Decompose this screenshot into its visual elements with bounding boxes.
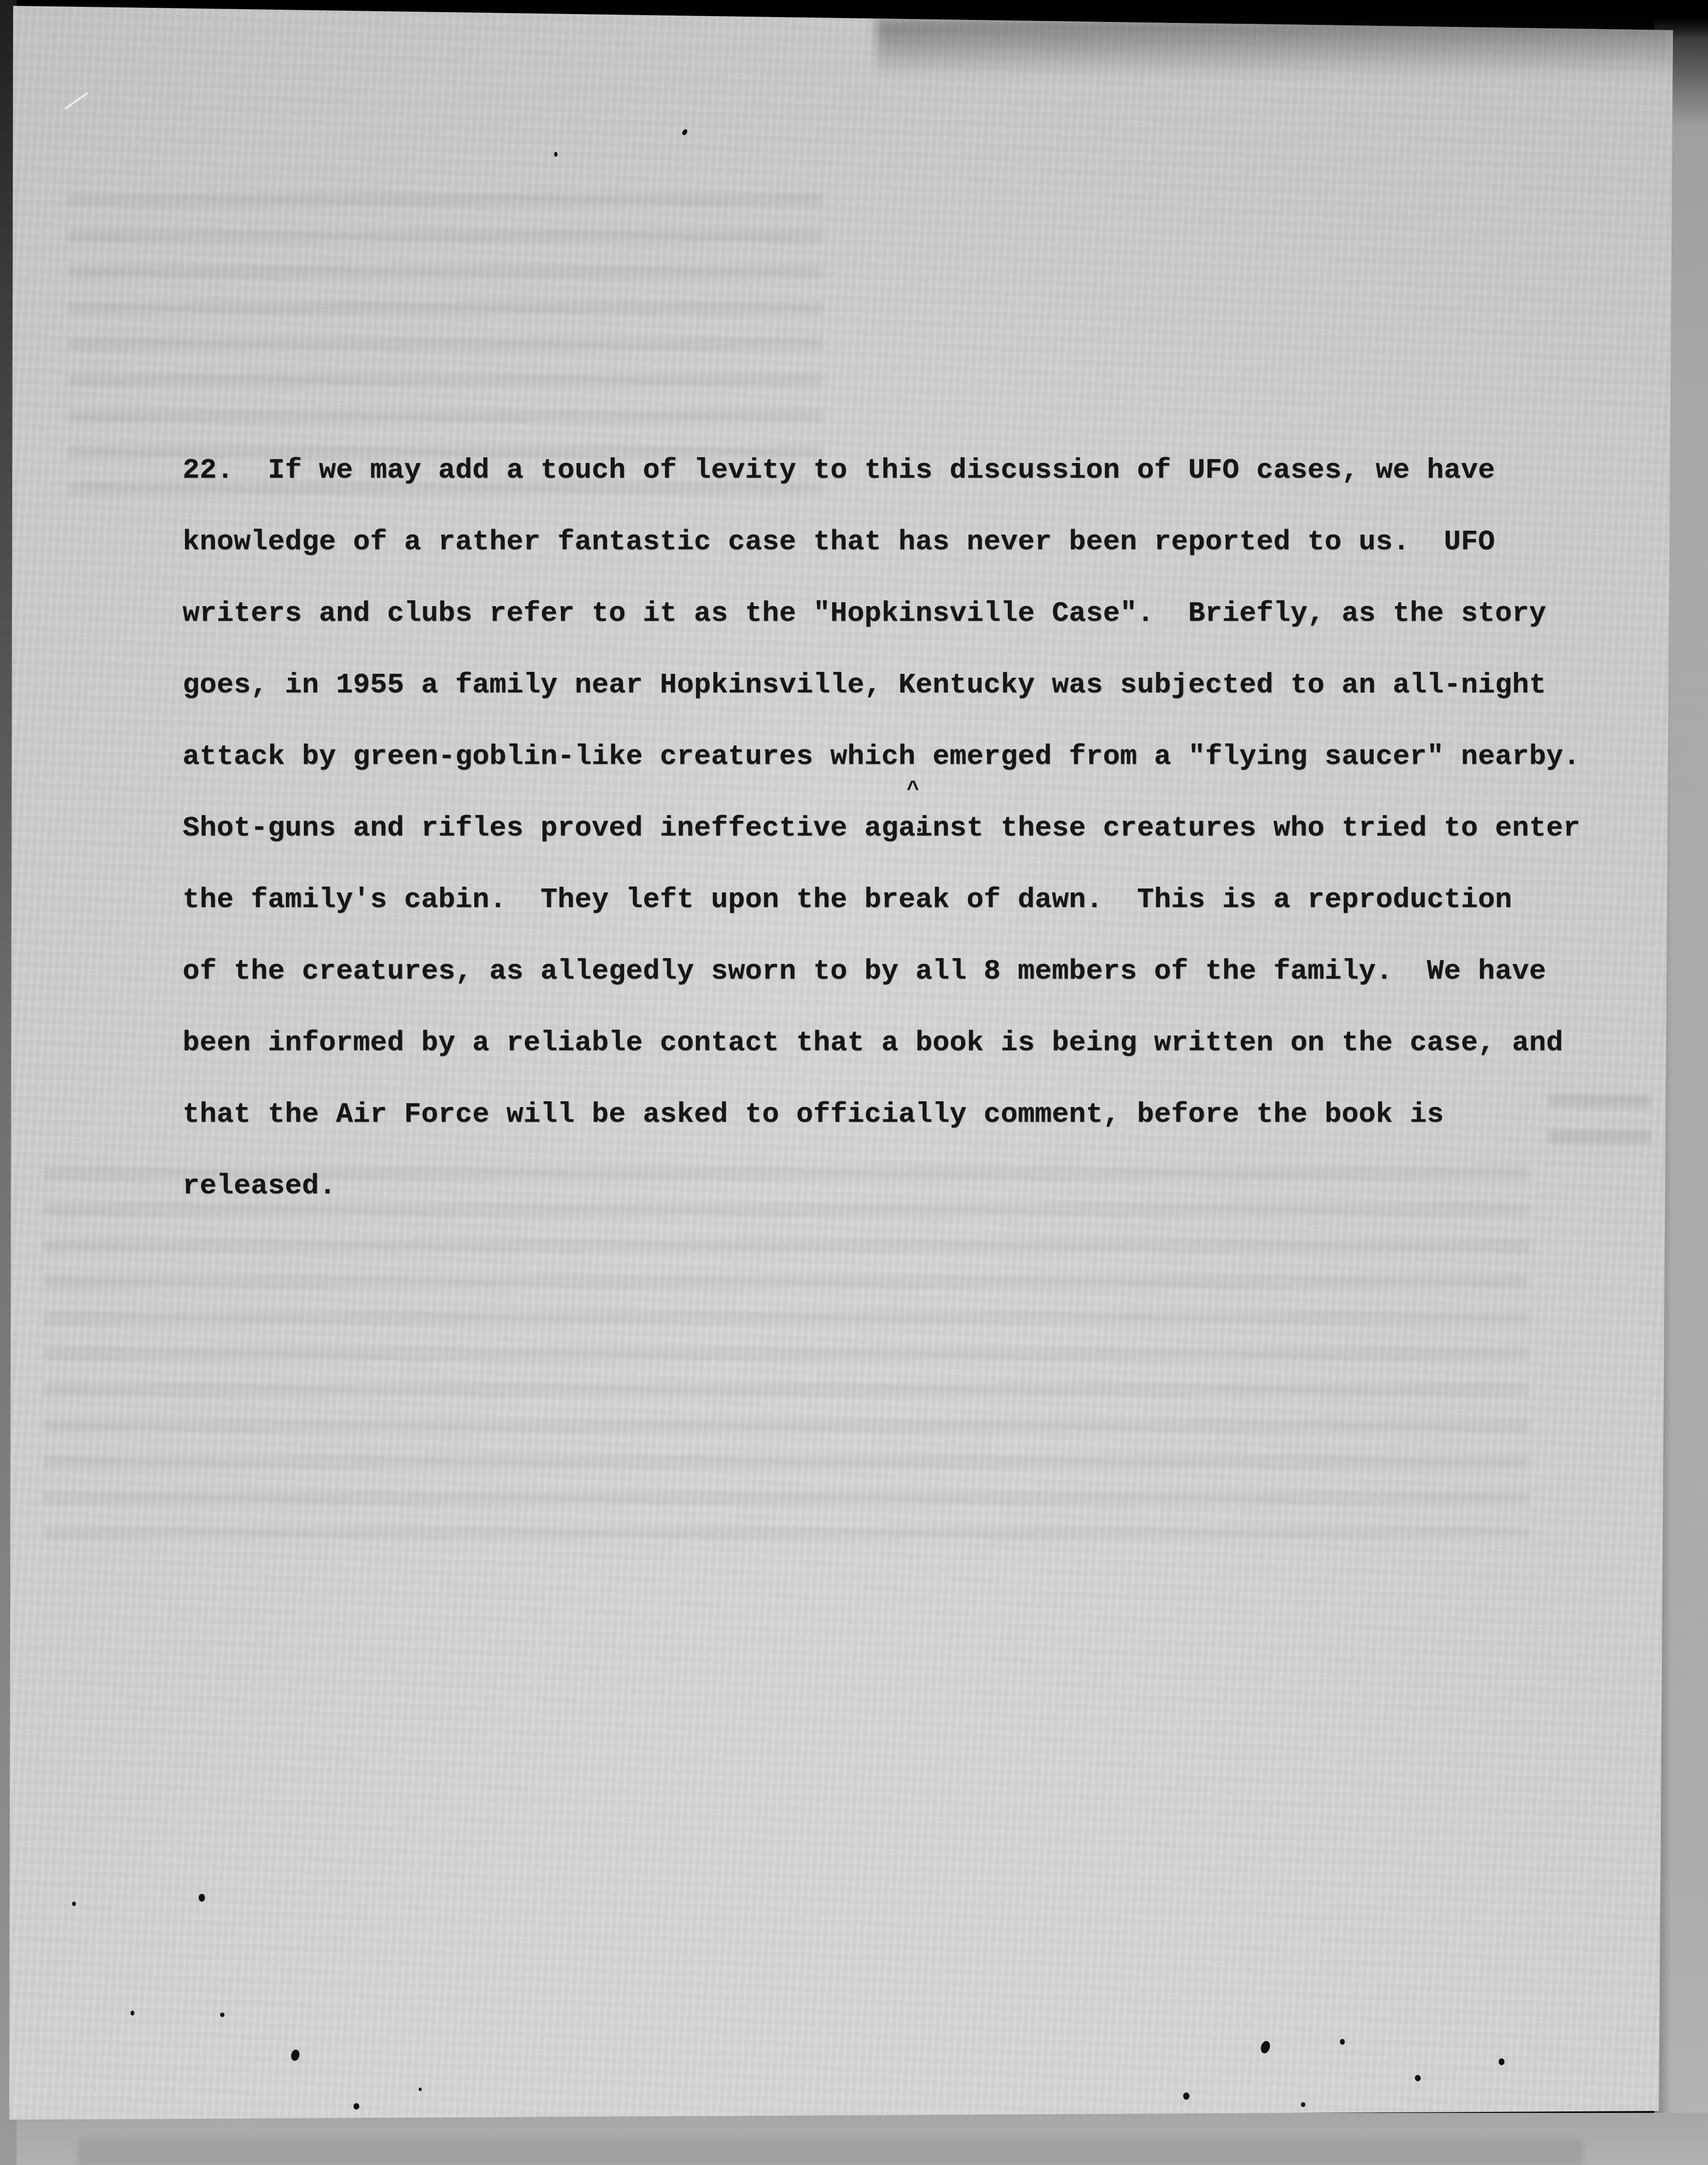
ink-speck bbox=[917, 828, 921, 832]
typed-line: Shot-guns and rifles proved ineffective … bbox=[183, 793, 1624, 864]
typed-line: 22. If we may add a touch of levity to t… bbox=[183, 435, 1624, 506]
typed-line: knowledge of a rather fantastic case tha… bbox=[183, 506, 1624, 578]
ink-speck bbox=[72, 1902, 76, 1906]
ink-speck bbox=[220, 2013, 224, 2017]
ink-speck bbox=[554, 152, 557, 157]
ink-speck bbox=[1301, 2102, 1305, 2107]
paper-sheet: 22. If we may add a touch of levity to t… bbox=[0, 0, 1708, 2165]
typed-line: released. bbox=[183, 1150, 1624, 1222]
ink-speck bbox=[1340, 2039, 1345, 2045]
typed-line: goes, in 1955 a family near Hopkinsville… bbox=[183, 649, 1624, 721]
typed-line: attack by green-goblin-like creatures wh… bbox=[183, 721, 1624, 793]
scanner-backing-bottom-inner-shadow bbox=[78, 2138, 1582, 2165]
insertion-caret-mark: ^ bbox=[907, 778, 919, 802]
typed-line: of the creatures, as allegedly sworn to … bbox=[183, 936, 1624, 1007]
typed-line: that the Air Force will be asked to offi… bbox=[183, 1079, 1624, 1150]
ink-speck bbox=[353, 2103, 359, 2109]
ink-speck bbox=[419, 2088, 422, 2091]
ink-speck bbox=[199, 1894, 205, 1902]
typed-paragraph: 22. If we may add a touch of levity to t… bbox=[183, 435, 1624, 1222]
typed-line: writers and clubs refer to it as the "Ho… bbox=[183, 578, 1624, 649]
ink-speck bbox=[1499, 2058, 1504, 2065]
typed-line: the family's cabin. They left upon the b… bbox=[183, 864, 1624, 936]
ink-speck bbox=[130, 2011, 134, 2016]
typed-line: been informed by a reliable contact that… bbox=[183, 1007, 1624, 1079]
scanned-document-page: 22. If we may add a touch of levity to t… bbox=[0, 0, 1708, 2165]
ink-speck bbox=[1183, 2092, 1189, 2100]
